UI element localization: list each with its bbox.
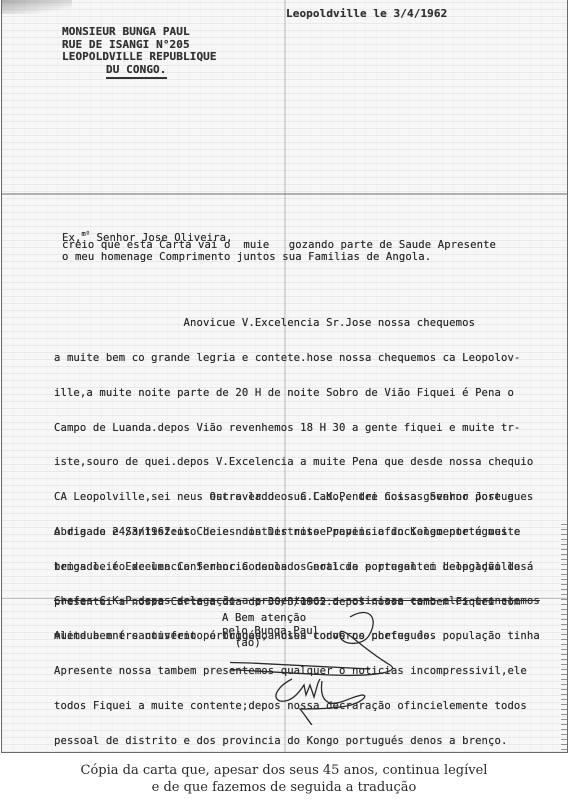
text-line: creio que esta Carta vai o muie gozando … xyxy=(62,240,496,252)
text-line: Campo de Luanda.depos Vião revenhemos 18… xyxy=(54,423,540,435)
scanned-letter: Leopoldville le 3/4/1962 MONSIEUR BUNGA … xyxy=(1,0,568,753)
scan-shadow xyxy=(2,0,72,14)
sender-address: MONSIEUR BUNGA PAULRUE DE ISANGI N°205LE… xyxy=(62,26,217,79)
text-line: ille,a muite noite parte de 20 H de noit… xyxy=(54,388,540,400)
text-line: Anovicue V.Excelencia Sr.Jose nossa cheq… xyxy=(54,318,540,330)
address-line: LEOPOLDVILLE REPUBLIQUE xyxy=(62,51,217,64)
text-line: Outra lado os C.C.K.P. dei nossa governo… xyxy=(54,492,533,504)
text-line: a muite bem co grande legria e contete.h… xyxy=(54,353,540,365)
paper-edge xyxy=(561,520,567,750)
letter-date: Leopoldville le 3/4/1962 xyxy=(286,8,447,20)
caption-line: e de que fazemos de seguida a tradução xyxy=(0,779,568,796)
text-line: pessoal de distrito e dos provincia do K… xyxy=(54,736,540,748)
paragraph-1: creio que esta Carta vai o muie gozando … xyxy=(62,240,496,263)
image-caption: Cópia da carta que, apesar dos seus 45 a… xyxy=(0,762,568,796)
text-line: iste,souro de quei.depos V.Excelencia a … xyxy=(54,457,540,469)
salutation-superscript: mº xyxy=(81,230,90,238)
text-line: brigado. é Excelencia Senhor Consulado G… xyxy=(54,562,533,574)
address-line: MONSIEUR BUNGA PAUL xyxy=(62,26,217,39)
text-line: o meu homenage Comprimento juntos sua Fa… xyxy=(62,252,496,264)
caption-line: Cópia da carta que, apesar dos seus 45 a… xyxy=(0,762,568,779)
text-line: Abrigado e Santisfeito de e n intier nos… xyxy=(54,527,533,539)
handwritten-signature xyxy=(230,605,430,725)
fold-line-horizontal-top xyxy=(2,193,567,195)
address-line: DU CONGO. xyxy=(106,64,167,80)
